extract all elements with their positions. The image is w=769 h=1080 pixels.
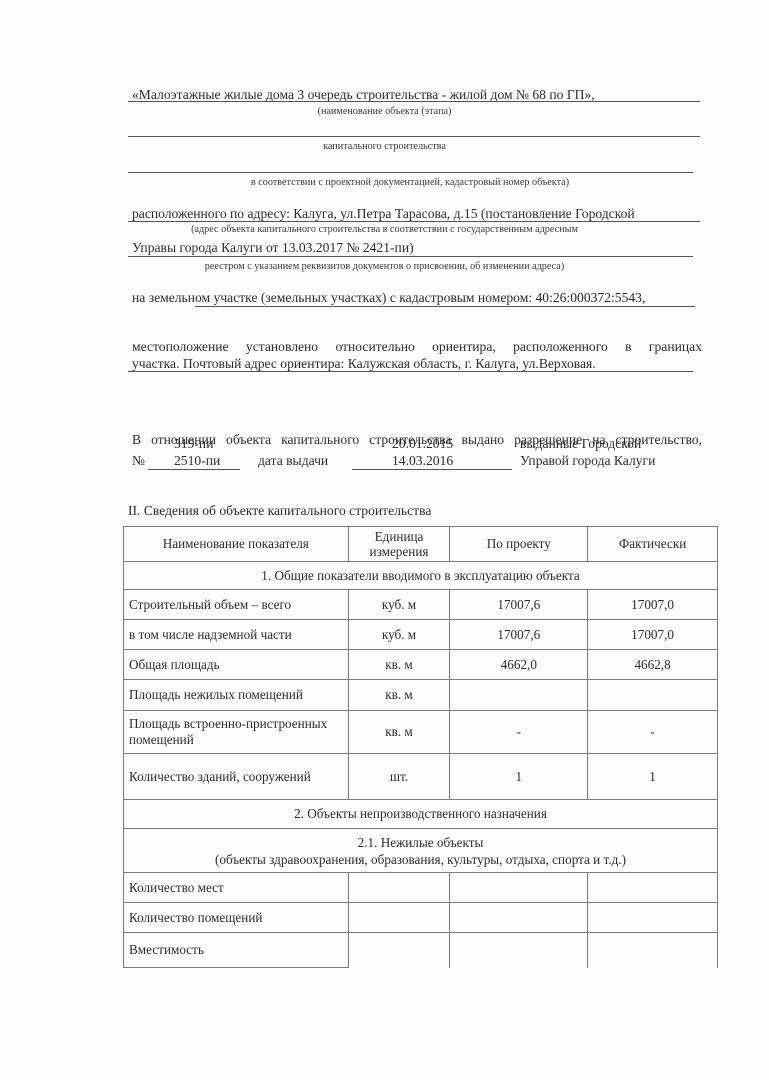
permit-date-underline bbox=[352, 469, 512, 470]
permit-issuer-1: выданные Городской bbox=[520, 436, 641, 452]
row-actual: 17007,0 bbox=[588, 590, 718, 620]
land-plot: на земельном участке (земельных участках… bbox=[132, 290, 645, 306]
row-name: Строительный объем – всего bbox=[124, 590, 349, 620]
section-2-1-cell: 2.1. Нежилые объекты (объекты здравоохра… bbox=[124, 829, 718, 873]
caption-object-name: (наименование объекта (этапа) bbox=[0, 106, 769, 117]
permit-issuer-2: Управой города Калуги bbox=[520, 453, 655, 469]
location-line-1: местоположение установлено относительно … bbox=[132, 339, 702, 355]
table-row: Вместимость bbox=[124, 933, 718, 968]
section-1-title: 1. Общие показатели вводимого в эксплуат… bbox=[124, 562, 718, 590]
row-project bbox=[450, 680, 588, 711]
caption-address-2: реестром с указанием реквизитов документ… bbox=[0, 261, 769, 272]
row-actual: 4662,8 bbox=[588, 650, 718, 680]
row-unit: шт. bbox=[348, 754, 450, 800]
permit-date-label: дата выдачи bbox=[258, 453, 328, 469]
section-2-row: 2. Объекты непроизводственного назначени… bbox=[124, 800, 718, 829]
row-unit: куб. м bbox=[348, 620, 450, 650]
row-project: 17007,6 bbox=[450, 620, 588, 650]
table-header-row: Наименование показателя Единица измерени… bbox=[124, 527, 718, 562]
row-actual bbox=[588, 933, 718, 968]
location-line-2: участка. Почтовый адрес ориентира: Калуж… bbox=[132, 356, 596, 372]
row-name: Общая площадь bbox=[124, 650, 349, 680]
row-project: 4662,0 bbox=[450, 650, 588, 680]
permit-number-label: № bbox=[132, 453, 145, 469]
section-2-1-row: 2.1. Нежилые объекты (объекты здравоохра… bbox=[124, 829, 718, 873]
row-name: Вместимость bbox=[124, 933, 349, 968]
row-project: 1 bbox=[450, 754, 588, 800]
row-actual: 1 bbox=[588, 754, 718, 800]
row-name: Количество мест bbox=[124, 873, 349, 903]
row-unit: кв. м bbox=[348, 711, 450, 754]
row-unit bbox=[348, 873, 450, 903]
row-project bbox=[450, 933, 588, 968]
permit-number-underline bbox=[148, 469, 240, 470]
row-unit: кв. м bbox=[348, 650, 450, 680]
permit-number-1: 319-пи bbox=[174, 436, 213, 452]
table-row: Площадь встроенно-пристроенных помещений… bbox=[124, 711, 718, 754]
permit-number-2: 2510-пи bbox=[174, 453, 220, 469]
building-info-table: Наименование показателя Единица измерени… bbox=[123, 526, 718, 968]
row-actual: 17007,0 bbox=[588, 620, 718, 650]
object-name-underline bbox=[128, 101, 700, 102]
section-2-title: 2. Объекты непроизводственного назначени… bbox=[124, 800, 718, 829]
address-line-2: Управы города Калуги от 13.03.2017 № 242… bbox=[132, 240, 414, 256]
table-row: Строительный объем – всего куб. м 17007,… bbox=[124, 590, 718, 620]
permit-date-1: 20.01.2015 bbox=[392, 436, 453, 452]
header-project: По проекту bbox=[450, 527, 588, 562]
row-project bbox=[450, 903, 588, 933]
row-actual bbox=[588, 873, 718, 903]
caption-address-1: (адрес объекта капитального строительств… bbox=[0, 224, 769, 235]
table-row: в том числе надземной части куб. м 17007… bbox=[124, 620, 718, 650]
address-underline-2 bbox=[128, 256, 693, 257]
table-row: Площадь нежилых помещений кв. м bbox=[124, 680, 718, 711]
header-unit: Единица измерения bbox=[348, 527, 450, 562]
permit-date-2: 14.03.2016 bbox=[392, 453, 453, 469]
row-name: Площадь нежилых помещений bbox=[124, 680, 349, 711]
section-1-row: 1. Общие показатели вводимого в эксплуат… bbox=[124, 562, 718, 590]
blank-underline-1 bbox=[128, 136, 700, 137]
row-unit: кв. м bbox=[348, 680, 450, 711]
land-plot-underline bbox=[195, 306, 695, 307]
header-actual: Фактически bbox=[588, 527, 718, 562]
caption-project-docs: в соответствии с проектной документацией… bbox=[0, 177, 769, 188]
table-row: Количество помещений bbox=[124, 903, 718, 933]
row-unit: куб. м bbox=[348, 590, 450, 620]
row-unit bbox=[348, 903, 450, 933]
address-underline-1 bbox=[128, 221, 700, 222]
section-2-1-title: 2.1. Нежилые объекты bbox=[129, 834, 712, 851]
table-row: Общая площадь кв. м 4662,0 4662,8 bbox=[124, 650, 718, 680]
row-name: Количество помещений bbox=[124, 903, 349, 933]
row-project: 17007,6 bbox=[450, 590, 588, 620]
row-unit bbox=[348, 933, 450, 968]
location-underline bbox=[128, 371, 693, 372]
section-title: II. Сведения об объекте капитального стр… bbox=[128, 503, 431, 519]
header-name: Наименование показателя bbox=[124, 527, 349, 562]
row-name: в том числе надземной части bbox=[124, 620, 349, 650]
address-line-1: расположенного по адресу: Калуга, ул.Пет… bbox=[132, 206, 635, 222]
row-actual bbox=[588, 903, 718, 933]
row-project bbox=[450, 873, 588, 903]
row-name: Количество зданий, сооружений bbox=[124, 754, 349, 800]
blank-underline-2 bbox=[128, 172, 693, 173]
table-row: Количество мест bbox=[124, 873, 718, 903]
row-project: - bbox=[450, 711, 588, 754]
section-2-1-subtitle: (объекты здравоохранения, образования, к… bbox=[129, 851, 712, 868]
row-actual bbox=[588, 680, 718, 711]
row-actual: - bbox=[588, 711, 718, 754]
table-row: Количество зданий, сооружений шт. 1 1 bbox=[124, 754, 718, 800]
caption-capital: капитального строительства bbox=[0, 141, 769, 152]
row-name: Площадь встроенно-пристроенных помещений bbox=[124, 711, 349, 754]
